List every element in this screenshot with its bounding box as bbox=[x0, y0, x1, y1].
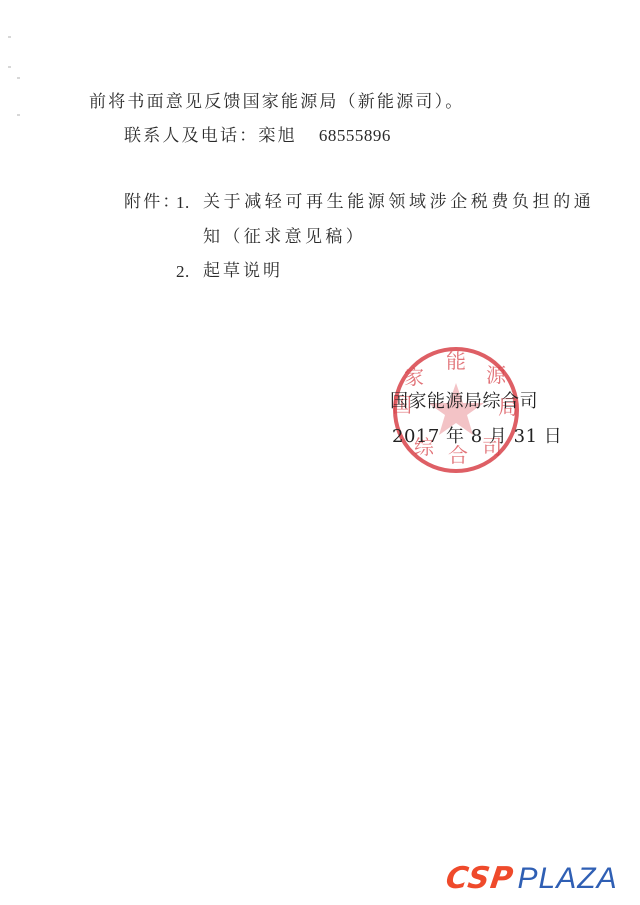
logo-plaza-text: PLAZA bbox=[518, 864, 618, 894]
scan-speck bbox=[8, 66, 11, 68]
seal-char: 合 bbox=[448, 445, 468, 465]
contact-label: 联系人及电话： bbox=[124, 126, 258, 146]
scan-speck bbox=[8, 36, 11, 38]
contact-phone: 68555896 bbox=[319, 126, 391, 145]
attachment-1-title-line1: 关于减轻可再生能源领域涉企税费负担的通 bbox=[203, 194, 594, 211]
attachments-label: 附件： bbox=[124, 194, 182, 211]
signature-issuer: 国家能源局综合司 bbox=[390, 393, 538, 411]
scan-speck bbox=[17, 77, 20, 79]
paragraph-tail: 前将书面意见反馈国家能源局（新能源司）。 bbox=[89, 94, 465, 111]
seal-char: 能 bbox=[446, 351, 466, 371]
signature-date: 2017 年 8 月 31 日 bbox=[392, 428, 562, 446]
contact-name: 栾旭 bbox=[258, 126, 296, 146]
seal-char: 家 bbox=[404, 367, 424, 387]
logo-csp-text: CSP bbox=[444, 864, 516, 894]
attachment-1-number: 1. bbox=[176, 194, 190, 211]
attachment-2-number: 2. bbox=[176, 263, 190, 280]
scan-speck bbox=[17, 114, 20, 116]
seal-char: 源 bbox=[486, 365, 506, 385]
attachment-1-title-line2: 知（征求意见稿） bbox=[203, 229, 366, 246]
attachment-2-title: 起草说明 bbox=[203, 263, 283, 280]
csp-plaza-watermark-logo: CSP PLAZA bbox=[446, 862, 618, 894]
contact-line: 联系人及电话：栾旭68555896 bbox=[124, 127, 391, 145]
